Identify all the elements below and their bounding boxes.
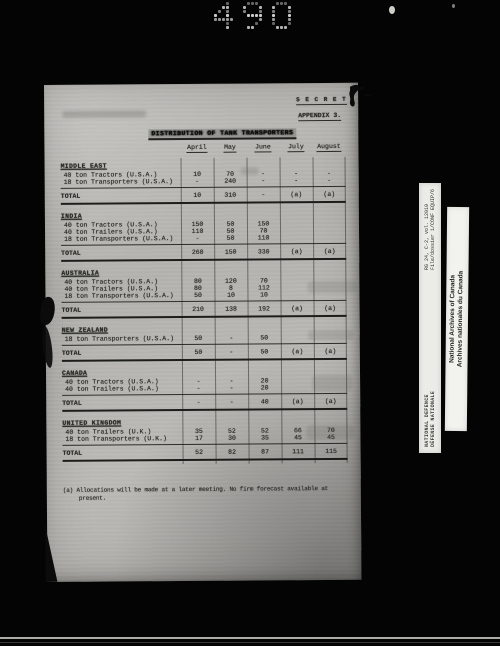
value-cell (281, 384, 314, 391)
frame-digit-dot (226, 14, 229, 17)
item-row: 18 ton Transporters (U.S.A.)501010 (61, 291, 346, 300)
frame-digit-dot (272, 14, 275, 17)
pencil-annotation (306, 425, 354, 439)
total-value-cell: 115 (315, 448, 348, 455)
total-value-cell: (a) (314, 305, 347, 312)
value-cell: - (280, 177, 313, 184)
value-cell: 50 (181, 292, 214, 299)
total-value-cell: 52 (183, 449, 216, 456)
total-row: TOTAL10310-(a)(a) (61, 187, 346, 205)
frame-digit-dot (259, 18, 262, 21)
pencil-annotation (312, 375, 352, 391)
footnote: (a) Allocations will be made at a later … (63, 485, 328, 502)
total-label: TOTAL (62, 306, 182, 314)
frame-digit (243, 2, 263, 30)
frame-digit-dot (222, 18, 225, 21)
ink-smudge (241, 168, 259, 175)
appendix-label: APPENDIX 3. (298, 112, 341, 121)
frame-digit-dot (284, 26, 287, 29)
row-label: 18 ton Transporters (U.S.A.) (61, 292, 181, 300)
frame-digit-dot (288, 6, 291, 9)
total-value-cell: (a) (281, 348, 314, 355)
item-row: 18 ton Transporters (U.K.)1730354545 (62, 434, 347, 443)
film-speck (389, 6, 395, 14)
month-header: August (312, 143, 345, 150)
region-section: MIDDLE EAST40 ton Tractors (U.S.A.)1070-… (61, 161, 346, 205)
tear-mark (38, 296, 56, 326)
month-header: April (180, 144, 213, 151)
defence-strip: NATIONAL DEFENCE DÉFENSE NATIONALE RG 24… (419, 183, 441, 453)
frame-digit-dot (226, 18, 229, 21)
months-row: AprilMayJuneJulyAugust (60, 143, 345, 159)
total-value-cell: 138 (215, 306, 248, 313)
month-header: July (279, 143, 312, 150)
frame-digit-dot (247, 26, 250, 29)
item-row: 40 ton Trailers (U.S.A.)--20 (62, 384, 347, 393)
frame-digit-dot (226, 22, 229, 25)
region-section: INDIA40 ton Tractors (U.S.A.)1505015040 … (61, 211, 346, 262)
frame-digit-dot (280, 26, 283, 29)
frame-digit (214, 2, 234, 30)
microfilm-frame: { "frame": { "number": "490" }, "colors"… (0, 0, 500, 646)
table-sections: MIDDLE EAST40 ton Tractors (U.S.A.)1070-… (61, 161, 348, 462)
total-value-cell: (a) (314, 348, 347, 355)
total-value-cell: - (215, 399, 248, 406)
months-spacer (60, 144, 180, 145)
total-label: TOTAL (61, 249, 181, 257)
total-value-cell: 111 (282, 448, 315, 455)
total-value-cell: - (182, 399, 215, 406)
ink-scribble-mark (340, 83, 376, 116)
value-cell: - (313, 177, 346, 184)
row-label: 18 ton Transporters (U.S.A.) (61, 178, 181, 186)
value-cell: 50 (182, 335, 215, 342)
total-label: TOTAL (62, 349, 182, 357)
ink-scribble-icon (340, 83, 376, 111)
frame-digit-dot (288, 10, 291, 13)
pencil-annotation (308, 330, 354, 340)
region-heading: UNITED KINGDOM (62, 418, 347, 427)
row-label: 18 ton Transporters (U.S.A.) (62, 335, 182, 343)
frame-digit-dot (272, 18, 275, 21)
frame-digit-dot (218, 18, 221, 21)
defence-stamp: NATIONAL DEFENCE DÉFENSE NATIONALE (424, 391, 436, 447)
total-value-cell: 82 (216, 449, 249, 456)
item-rows: 40 ton Tractors (U.S.A.)1505015040 ton T… (61, 220, 346, 246)
value-cell (313, 234, 346, 241)
value-cell: 10 (247, 291, 280, 298)
total-value-cell: 50 (182, 349, 215, 356)
frame-digit-dot (284, 2, 287, 5)
file-reference: RG 24, C-2, vol. 12010 File/dossier 1/CO… (424, 189, 436, 270)
total-value-cell: 310 (214, 192, 247, 199)
transporter-table: AprilMayJuneJulyAugust MIDDLE EAST40 ton… (60, 143, 347, 467)
region-heading: INDIA (61, 211, 346, 220)
item-rows: 40 ton Trailers (U.K.)355252667018 ton T… (62, 427, 347, 446)
total-value-cell: 260 (181, 249, 214, 256)
archives-strip: National Archives of Canada Archives nat… (445, 207, 469, 431)
row-label: 18 ton Transporters (U.K.) (62, 435, 182, 443)
frame-digit (272, 2, 292, 30)
frame-digit-dot (259, 6, 262, 9)
frame-digit-dot (288, 14, 291, 17)
total-value-cell: 10 (181, 192, 214, 199)
frame-digit-dot (272, 22, 275, 25)
frame-digit-dot (243, 10, 246, 13)
month-header: May (213, 144, 246, 151)
month-header: June (246, 143, 279, 150)
value-cell: 50 (248, 334, 281, 341)
month-label: May (223, 144, 237, 153)
total-value-cell: (a) (314, 398, 347, 405)
value-cell: - (215, 385, 248, 392)
month-label: August (316, 143, 341, 152)
total-value-cell: 50 (248, 348, 281, 355)
footnote-line2: present. (63, 493, 328, 502)
value-cell: 17 (182, 435, 215, 442)
frame-digit-dot (247, 2, 250, 5)
region-heading: NEW ZEALAND (62, 325, 347, 334)
frame-digit-dot (255, 2, 258, 5)
item-row: 18 ton Transporters (U.S.A.)-50110 (61, 234, 346, 243)
value-cell: 110 (247, 234, 280, 241)
total-row: TOTAL260150330(a)(a) (61, 244, 346, 262)
frame-digit-dot (226, 26, 229, 29)
total-value-cell: (a) (280, 248, 313, 255)
value-cell (280, 234, 313, 241)
region-section: CANADA40 ton Tractors (U.S.A.)--2040 ton… (62, 368, 347, 412)
total-value-cell: 87 (249, 448, 282, 455)
archives-strip-content: National Archives of Canada Archives nat… (445, 207, 469, 431)
frame-number (214, 2, 301, 30)
month-label: July (287, 143, 305, 152)
region-section: NEW ZEALAND18 ton Transporters (U.S.A.)5… (62, 325, 347, 362)
frame-digit-dot (288, 22, 291, 25)
row-label: 18 ton Transporters (U.S.A.) (61, 235, 181, 243)
value-cell: - (181, 178, 214, 185)
value-cell: 35 (248, 434, 281, 441)
value-cell: 10 (214, 292, 247, 299)
file-reference-line2: File/dossier 1/CONF EQUIP/6 (430, 189, 436, 270)
value-cell: - (181, 235, 214, 242)
item-rows: 40 ton Tractors (U.S.A.)801207040 ton Tr… (61, 277, 346, 303)
total-label: TOTAL (63, 449, 183, 457)
frame-digit-dot (276, 2, 279, 5)
frame-digit-dot (226, 6, 229, 9)
total-row: TOTAL210138192(a)(a) (62, 301, 347, 319)
frame-digit-dot (272, 10, 275, 13)
frame-digit-dot (251, 14, 254, 17)
frame-digit-dot (243, 6, 246, 9)
total-row: TOTAL50-50(a)(a) (62, 344, 347, 362)
total-value-cell: (a) (313, 248, 346, 255)
item-rows: 40 ton Tractors (U.S.A.)--2040 ton Trail… (62, 377, 347, 396)
total-row: TOTAL--40(a)(a) (62, 394, 347, 412)
frame-digit-dot (214, 18, 217, 21)
pencil-smudge (62, 110, 146, 118)
value-cell: - (247, 177, 280, 184)
frame-digit-dot (255, 22, 258, 25)
frame-digit-dot (255, 14, 258, 17)
region-heading: AUSTRALIA (61, 268, 346, 277)
frame-digit-dot (288, 18, 291, 21)
total-value-cell: 210 (182, 306, 215, 313)
frame-digit-dot (226, 2, 229, 5)
frame-digit-dot (214, 14, 217, 17)
row-label: 40 ton Trailers (U.S.A.) (62, 385, 182, 393)
total-value-cell: 40 (248, 398, 281, 405)
region-heading: MIDDLE EAST (61, 161, 346, 170)
total-value-cell: 150 (214, 249, 247, 256)
film-speck (452, 4, 455, 8)
value-cell: 30 (215, 435, 248, 442)
frame-digit-dot (222, 6, 225, 9)
value-cell: 50 (214, 235, 247, 242)
region-section: UNITED KINGDOM40 ton Trailers (U.K.)3552… (62, 418, 347, 462)
total-value-cell: 330 (247, 248, 280, 255)
item-rows: 40 ton Tractors (U.S.A.)1070---18 ton Tr… (61, 170, 346, 189)
value-cell: - (215, 335, 248, 342)
archives-name-fr: Archives nationales du Canada (456, 271, 466, 368)
value-cell: 20 (248, 384, 281, 391)
document-page: S E C R E T APPENDIX 3. DISTRIBUTION OF … (44, 83, 361, 582)
month-label: April (186, 144, 208, 153)
tear-mark (45, 525, 57, 582)
frame-digit-dot (272, 6, 275, 9)
total-value-cell: (a) (313, 191, 346, 198)
total-value-cell: 192 (248, 305, 281, 312)
total-label: TOTAL (61, 192, 181, 200)
total-value-cell: (a) (281, 305, 314, 312)
region-heading: CANADA (62, 368, 347, 377)
film-edge-line (0, 642, 500, 643)
frame-digit-dot (251, 2, 254, 5)
total-value-cell: (a) (281, 398, 314, 405)
value-cell: 240 (214, 178, 247, 185)
frame-digit-dot (280, 2, 283, 5)
frame-digit-dot (259, 10, 262, 13)
item-row: 18 ton Transporters (U.S.A.)50-50 (62, 334, 347, 343)
film-edge-line (0, 637, 500, 639)
frame-digit-dot (276, 26, 279, 29)
frame-digit-dot (230, 18, 233, 21)
defence-stamp-line2: DÉFENSE NATIONALE (430, 391, 436, 447)
frame-digit-dot (259, 14, 262, 17)
value-cell: - (182, 385, 215, 392)
tear-mark (40, 326, 54, 369)
pencil-annotation (307, 281, 357, 293)
defence-strip-content: NATIONAL DEFENCE DÉFENSE NATIONALE RG 24… (419, 183, 441, 453)
total-value-cell: - (215, 349, 248, 356)
frame-digit-dot (218, 10, 221, 13)
frame-digit-dot (247, 14, 250, 17)
month-label: June (254, 143, 272, 152)
total-value-cell: - (247, 191, 280, 198)
frame-digit-dot (226, 10, 229, 13)
page-title: DISTRIBUTION OF TANK TRANSPORTERS (148, 128, 296, 140)
total-row: TOTAL528287111115 (63, 444, 348, 462)
region-section: AUSTRALIA40 ton Tractors (U.S.A.)8012070… (61, 268, 346, 319)
frame-digit-dot (251, 26, 254, 29)
total-label: TOTAL (62, 399, 182, 407)
total-value-cell: (a) (280, 191, 313, 198)
item-row: 18 ton Transporters (U.S.A.)-240--- (61, 177, 346, 186)
